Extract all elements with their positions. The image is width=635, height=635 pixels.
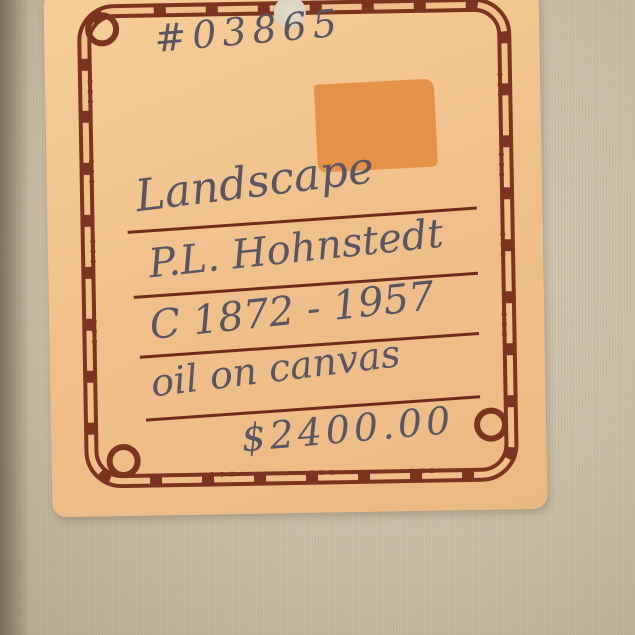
- price-tag: #03865 Landscape P.L. Hohnstedt C 1872 -…: [43, 0, 547, 517]
- frame-shadow: [0, 0, 30, 635]
